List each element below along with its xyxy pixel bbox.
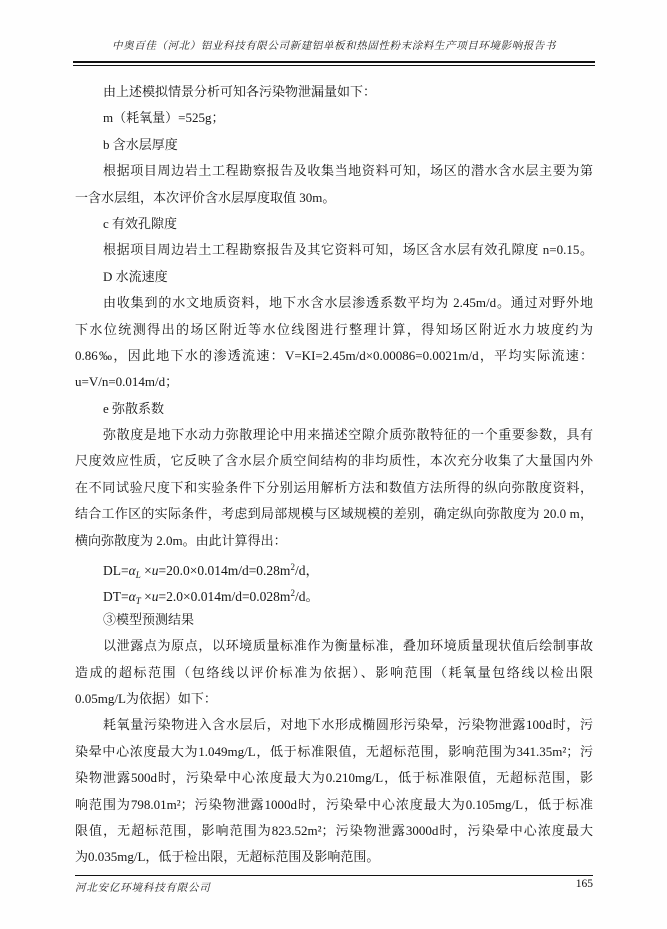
body-line-velocity-result: u=V/n=0.014m/d； xyxy=(75,369,593,395)
heading-e-dispersion: e 弥散系数 xyxy=(75,396,593,422)
page-header-title: 中奥百佳（河北）铝业科技有限公司新建铝单板和热固性粉末涂料生产项目环境影响报告书 xyxy=(74,38,594,53)
footer-rule xyxy=(75,875,593,876)
body-line: 弥散度是地下水动力弥散理论中用来描述空隙介质弥散特征的一个重要参数，具有 xyxy=(75,422,593,448)
body-line: 造成的超标范围（包络线以评价标准为依据）、影响范围（耗氧量包络线以检出限 xyxy=(75,660,593,686)
body-line: 响范围为798.01m²；污染物泄露1000d时，污染晕中心浓度最大为0.105… xyxy=(75,792,593,818)
body-line: 染物泄露500d时，污染晕中心浓度最大为0.210mg/L，低于标准限值，无超标… xyxy=(75,765,593,791)
formula-dl-tail: /d， xyxy=(295,563,319,578)
body-line: 结合工作区的实际条件，考虑到局部规模与区域规模的差别，确定纵向弥散度为 20.0… xyxy=(75,501,593,527)
formula-dl-rhs: =20.0×0.014m/d=0.28m xyxy=(158,563,290,578)
formula-dl-lhs: DL= xyxy=(103,563,129,578)
alpha-symbol: α xyxy=(129,563,136,578)
formula-dt-rhs: =2.0×0.014m/d=0.028m xyxy=(158,589,290,604)
body-line: 根据项目周边岩土工程勘察报告及其它资料可知，场区含水层有效孔隙度 n=0.15。 xyxy=(75,237,593,263)
body-line: 尺度效应性质，它反映了含水层介质空间结构的非均质性，本次充分收集了大量国内外 xyxy=(75,448,593,474)
body-line: 一含水层组，本次评价含水层厚度取值 30m。 xyxy=(75,185,593,211)
body-line: 耗氧量污染物进入含水层后，对地下水形成椭圆形污染晕，污染物泄露100d时，污 xyxy=(75,712,593,738)
body-line: 下水位统测得出的场区附近等水位线图进行整理计算，得知场区附近水力坡度约为 xyxy=(75,317,593,343)
alpha-symbol: α xyxy=(129,589,136,604)
body-line: 在不同试验尺度下和实验条件下分别运用解析方法和数值方法所得的纵向弥散度资料， xyxy=(75,475,593,501)
body-line: 0.86‰，因此地下水的渗透流速：V=KI=2.45m/d×0.00086=0.… xyxy=(75,343,593,369)
formula-dl-line: DL=αL ×u=20.0×0.014m/d=0.28m2/d， xyxy=(75,554,593,580)
body-line: 横向弥散度为 2.0m。由此计算得出： xyxy=(75,528,593,554)
header-rule xyxy=(73,61,595,66)
body-line: 染晕中心浓度最大为1.049mg/L，低于标准限值，无超标范围，影响范围为341… xyxy=(75,739,593,765)
formula-dt-line: DT=αT ×u=2.0×0.014m/d=0.028m2/d。 xyxy=(75,580,593,606)
times-operator: × xyxy=(141,589,152,604)
body-line-oxygen-mass: m（耗氧量）=525g； xyxy=(75,105,593,131)
heading-b-aquifer-thickness: b 含水层厚度 xyxy=(75,132,593,158)
heading-d-flow-velocity: D 水流速度 xyxy=(75,264,593,290)
formula-dt-tail: /d。 xyxy=(295,589,319,604)
body-line: 为0.035mg/L，低于检出限，无超标范围及影响范围。 xyxy=(75,844,593,870)
body-line: 根据项目周边岩土工程勘察报告及收集当地资料可知，场区的潜水含水层主要为第 xyxy=(75,158,593,184)
body-line: 限值，无超标范围，影响范围为823.52m²；污染物泄露3000d时，污染晕中心… xyxy=(75,818,593,844)
body-line: 由收集到的水文地质资料，地下水含水层渗透系数平均为 2.45m/d。通过对野外地 xyxy=(75,290,593,316)
document-page: 中奥百佳（河北）铝业科技有限公司新建铝单板和热固性粉末涂料生产项目环境影响报告书… xyxy=(0,0,667,929)
heading-model-prediction: ③模型预测结果 xyxy=(75,607,593,633)
document-body: 由上述模拟情景分析可知各污染物泄漏量如下： m（耗氧量）=525g； b 含水层… xyxy=(75,79,593,871)
body-line: 0.05mg/L为依据）如下： xyxy=(75,686,593,712)
footer-page-number: 165 xyxy=(75,878,593,890)
body-line: 以泄露点为原点，以环境质量标准作为衡量标准，叠加环境质量现状值后绘制事故 xyxy=(75,633,593,659)
heading-c-porosity: c 有效孔隙度 xyxy=(75,211,593,237)
times-operator: × xyxy=(141,563,152,578)
body-line-intro: 由上述模拟情景分析可知各污染物泄漏量如下： xyxy=(75,79,593,105)
formula-dt-lhs: DT= xyxy=(103,589,129,604)
